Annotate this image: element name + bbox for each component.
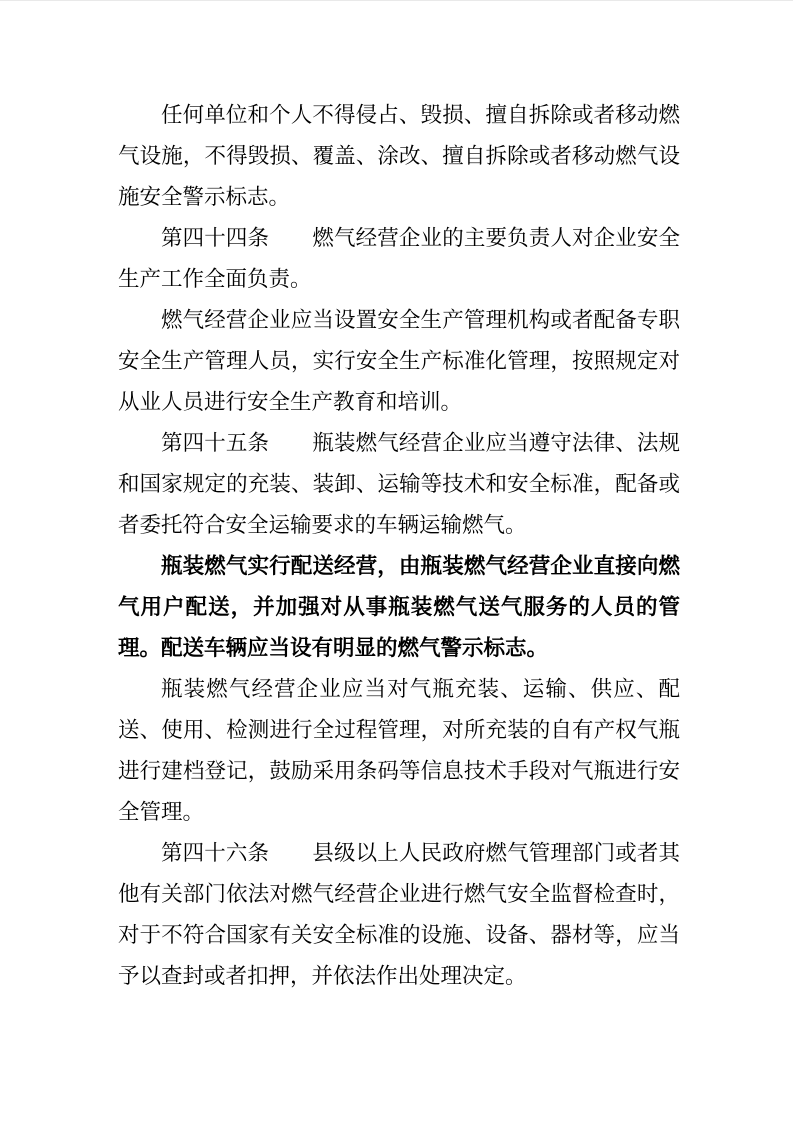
article-paragraph: 第四十六条 县级以上人民政府燃气管理部门或者其他有关部门依法对燃气经营企业进行燃… <box>118 833 680 997</box>
paragraph: 瓶装燃气经营企业应当对气瓶充装、运输、供应、配送、使用、检测进行全过程管理，对所… <box>118 669 680 833</box>
paragraph: 瓶装燃气实行配送经营，由瓶装燃气经营企业直接向燃气用户配送，并加强对从事瓶装燃气… <box>118 546 680 669</box>
article-paragraph: 第四十五条 瓶装燃气经营企业应当遵守法律、法规和国家规定的充装、装卸、运输等技术… <box>118 423 680 546</box>
article-paragraph: 第四十四条 燃气经营企业的主要负责人对企业安全生产工作全面负责。 <box>118 218 680 300</box>
paragraph: 燃气经营企业应当设置安全生产管理机构或者配备专职安全生产管理人员，实行安全生产标… <box>118 300 680 423</box>
paragraph: 任何单位和个人不得侵占、毁损、擅自拆除或者移动燃气设施，不得毁损、覆盖、涂改、擅… <box>118 95 680 218</box>
document-body: 任何单位和个人不得侵占、毁损、擅自拆除或者移动燃气设施，不得毁损、覆盖、涂改、擅… <box>118 95 680 997</box>
document-page: 任何单位和个人不得侵占、毁损、擅自拆除或者移动燃气设施，不得毁损、覆盖、涂改、擅… <box>0 0 793 1122</box>
